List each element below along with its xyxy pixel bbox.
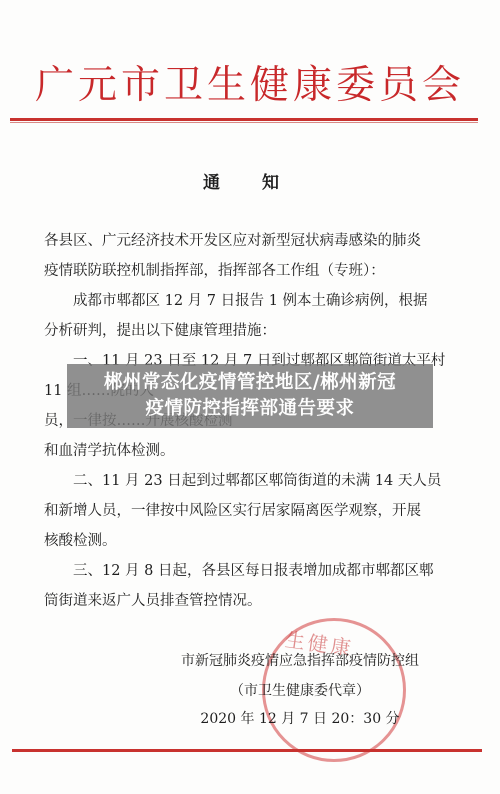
- document-title: 通 知: [0, 168, 500, 193]
- intro-line-2: 分析研判，提出以下健康管理措施：: [44, 316, 456, 346]
- item-1-line-4: 和血清学抗体检测。: [44, 436, 456, 466]
- overlay-caption-banner: 郴州常态化疫情管控地区/郴州新冠 疫情防控指挥部通告要求: [67, 364, 433, 428]
- item-3: 三、12 月 8 日起，各县区每日报表增加成都市郫都区郫 筒街道来返广人员排查管…: [44, 556, 456, 616]
- banner-line-2: 疫情防控指挥部通告要求: [145, 396, 354, 422]
- intro-line-1: 成都市郫都区 12 月 7 日报告 1 例本土确诊病例，根据: [44, 286, 456, 316]
- footer-rule: [12, 749, 482, 752]
- item-2-line-3: 核酸检测。: [44, 526, 456, 556]
- item-3-line-1: 三、12 月 8 日起，各县区每日报表增加成都市郫都区郫: [44, 556, 456, 586]
- letterhead-rule-thin: [10, 122, 478, 123]
- addressee: 各县区、广元经济技术开发区应对新型冠状病毒感染的肺炎 疫情联防联控机制指挥部，指…: [44, 226, 456, 286]
- signature-datetime: 2020 年 12 月 7 日 20：30 分: [150, 704, 450, 734]
- item-2-line-1: 二、11 月 23 日起到过郫都区郫筒街道的未满 14 天人员: [44, 466, 456, 496]
- intro-paragraph: 成都市郫都区 12 月 7 日报告 1 例本土确诊病例，根据 分析研判，提出以下…: [44, 286, 456, 346]
- letterhead-title: 广元市卫生健康委员会: [0, 62, 500, 110]
- letterhead-rule: [10, 118, 478, 121]
- signature-org: 市新冠肺炎疫情应急指挥部疫情防控组: [150, 646, 450, 676]
- signature-seal-note: （市卫生健康委代章）: [150, 676, 450, 706]
- addressee-line-2: 疫情联防联控机制指挥部，指挥部各工作组（专班）：: [44, 256, 456, 286]
- addressee-line-1: 各县区、广元经济技术开发区应对新型冠状病毒感染的肺炎: [44, 226, 456, 256]
- item-2-line-2: 和新增人员，一律按中风险区实行居家隔离医学观察，开展: [44, 496, 456, 526]
- item-3-line-2: 筒街道来返广人员排查管控情况。: [44, 586, 456, 616]
- banner-line-1: 郴州常态化疫情管控地区/郴州新冠: [104, 370, 396, 396]
- item-2: 二、11 月 23 日起到过郫都区郫筒街道的未满 14 天人员 和新增人员，一律…: [44, 466, 456, 556]
